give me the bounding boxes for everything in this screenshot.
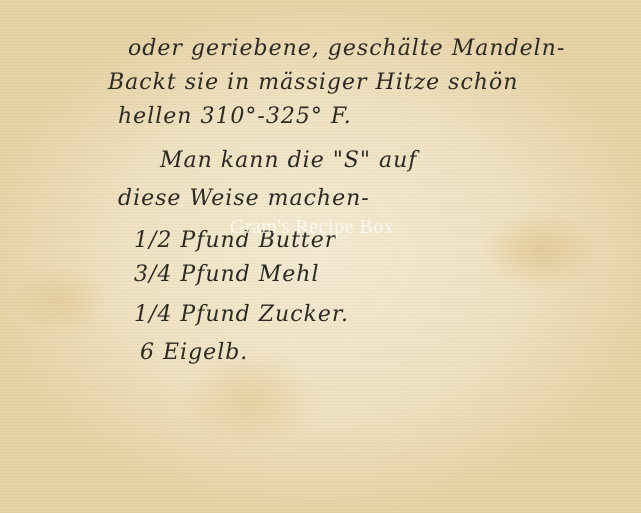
text-line-4: Man kann die "S" auf [160, 148, 417, 173]
text-line-3: hellen 310°-325° F. [118, 104, 352, 129]
text-line-5: diese Weise machen- [118, 186, 370, 211]
ingredient-sugar: 1/4 Pfund Zucker. [134, 302, 349, 327]
ingredient-flour: 3/4 Pfund Mehl [134, 262, 320, 287]
recipe-card: oder geriebene, geschälte Mandeln- Backt… [0, 0, 641, 513]
text-line-1: oder geriebene, geschälte Mandeln- [128, 36, 565, 61]
watermark: Gram's Recipe Box [230, 216, 394, 239]
ingredient-egg-yolks: 6 Eigelb. [140, 340, 248, 365]
text-line-2: Backt sie in mässiger Hitze schön [108, 70, 518, 95]
